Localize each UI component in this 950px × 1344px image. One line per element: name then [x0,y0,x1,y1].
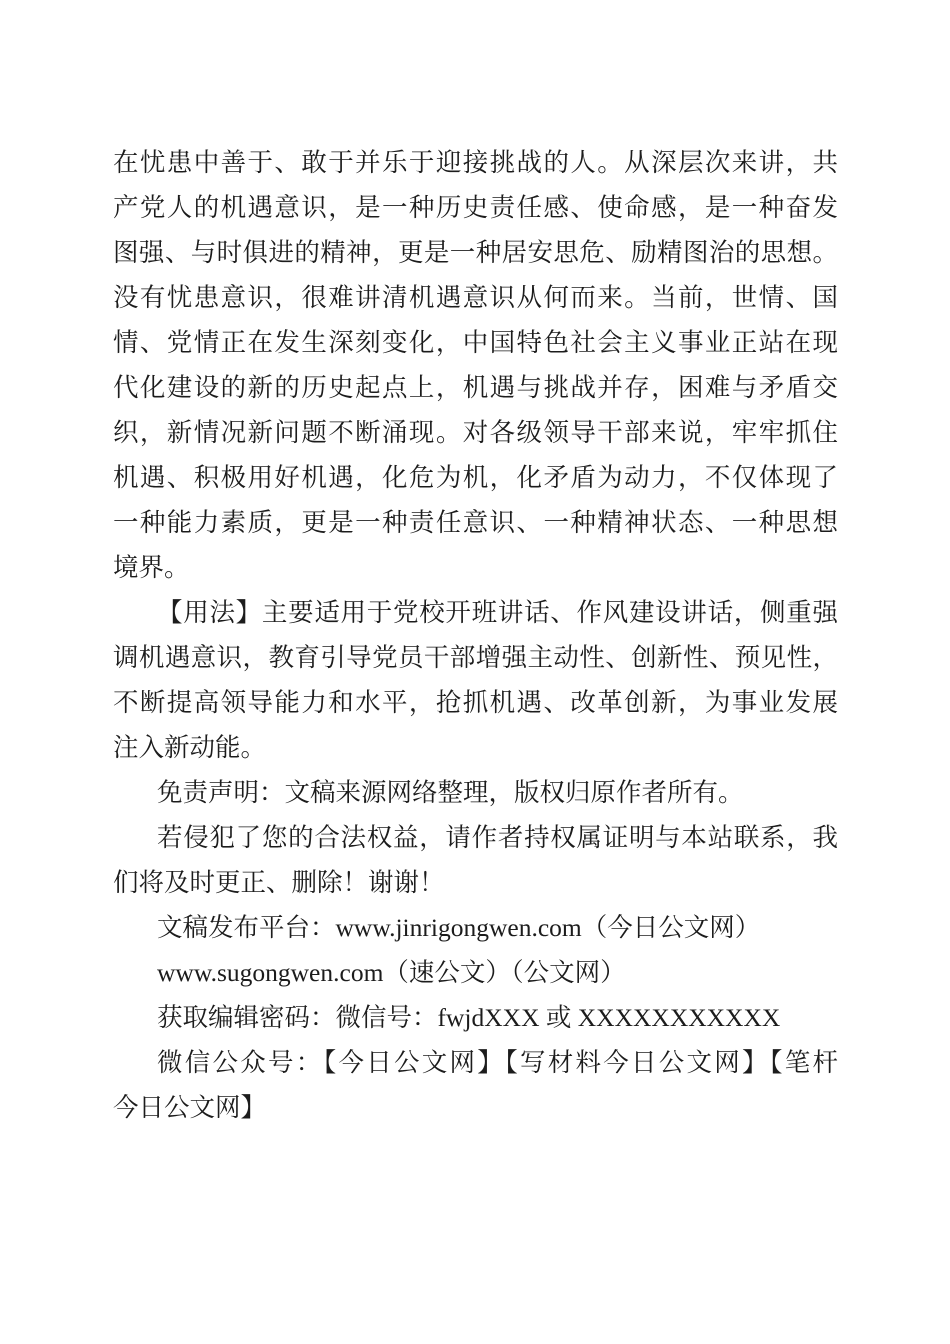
text-line: 境界。 [113,545,838,590]
text-line: 调机遇意识，教育引导党员干部增强主动性、创新性、预见性， [113,635,838,680]
text-line: 免责声明：文稿来源网络整理，版权归原作者所有。 [113,770,838,815]
text-line: 们将及时更正、删除！谢谢！ [113,860,838,905]
paragraph: 微信公众号：【今日公文网】【写材料今日公文网】【笔杆今日公文网】 [113,1040,838,1130]
paragraph: 获取编辑密码：微信号：fwjdXXX 或 XXXXXXXXXXX [113,995,838,1040]
paragraph: 在忧患中善于、敢于并乐于迎接挑战的人。从深层次来讲，共产党人的机遇意识，是一种历… [113,140,838,590]
text-line: 没有忧患意识，很难讲清机遇意识从何而来。当前，世情、国 [113,275,838,320]
document-body: 在忧患中善于、敢于并乐于迎接挑战的人。从深层次来讲，共产党人的机遇意识，是一种历… [113,140,838,1130]
paragraph: 文稿发布平台：www.jinrigongwen.com（今日公文网） [113,905,838,950]
text-line: 一种能力素质，更是一种责任意识、一种精神状态、一种思想 [113,500,838,545]
text-line: 情、党情正在发生深刻变化，中国特色社会主义事业正站在现 [113,320,838,365]
text-line: 【用法】主要适用于党校开班讲话、作风建设讲话，侧重强 [113,590,838,635]
text-line: 图强、与时俱进的精神，更是一种居安思危、励精图治的思想。 [113,230,838,275]
text-line: 代化建设的新的历史起点上，机遇与挑战并存，困难与矛盾交 [113,365,838,410]
text-line: 文稿发布平台：www.jinrigongwen.com（今日公文网） [113,905,838,950]
text-line: 织，新情况新问题不断涌现。对各级领导干部来说，牢牢抓住 [113,410,838,455]
text-line: 产党人的机遇意识，是一种历史责任感、使命感，是一种奋发 [113,185,838,230]
text-line: 在忧患中善于、敢于并乐于迎接挑战的人。从深层次来讲，共 [113,140,838,185]
document-page: 在忧患中善于、敢于并乐于迎接挑战的人。从深层次来讲，共产党人的机遇意识，是一种历… [0,0,950,1344]
text-line: 若侵犯了您的合法权益，请作者持权属证明与本站联系，我 [113,815,838,860]
paragraph: 免责声明：文稿来源网络整理，版权归原作者所有。 [113,770,838,815]
text-line: www.sugongwen.com（速公文）（公文网） [113,950,838,995]
text-line: 机遇、积极用好机遇，化危为机，化矛盾为动力，不仅体现了 [113,455,838,500]
text-line: 获取编辑密码：微信号：fwjdXXX 或 XXXXXXXXXXX [113,995,838,1040]
text-line: 今日公文网】 [113,1085,838,1130]
paragraph: www.sugongwen.com（速公文）（公文网） [113,950,838,995]
text-line: 注入新动能。 [113,725,838,770]
text-line: 微信公众号：【今日公文网】【写材料今日公文网】【笔杆 [113,1040,838,1085]
paragraph: 【用法】主要适用于党校开班讲话、作风建设讲话，侧重强调机遇意识，教育引导党员干部… [113,590,838,770]
paragraph: 若侵犯了您的合法权益，请作者持权属证明与本站联系，我们将及时更正、删除！谢谢！ [113,815,838,905]
text-line: 不断提高领导能力和水平，抢抓机遇、改革创新，为事业发展 [113,680,838,725]
